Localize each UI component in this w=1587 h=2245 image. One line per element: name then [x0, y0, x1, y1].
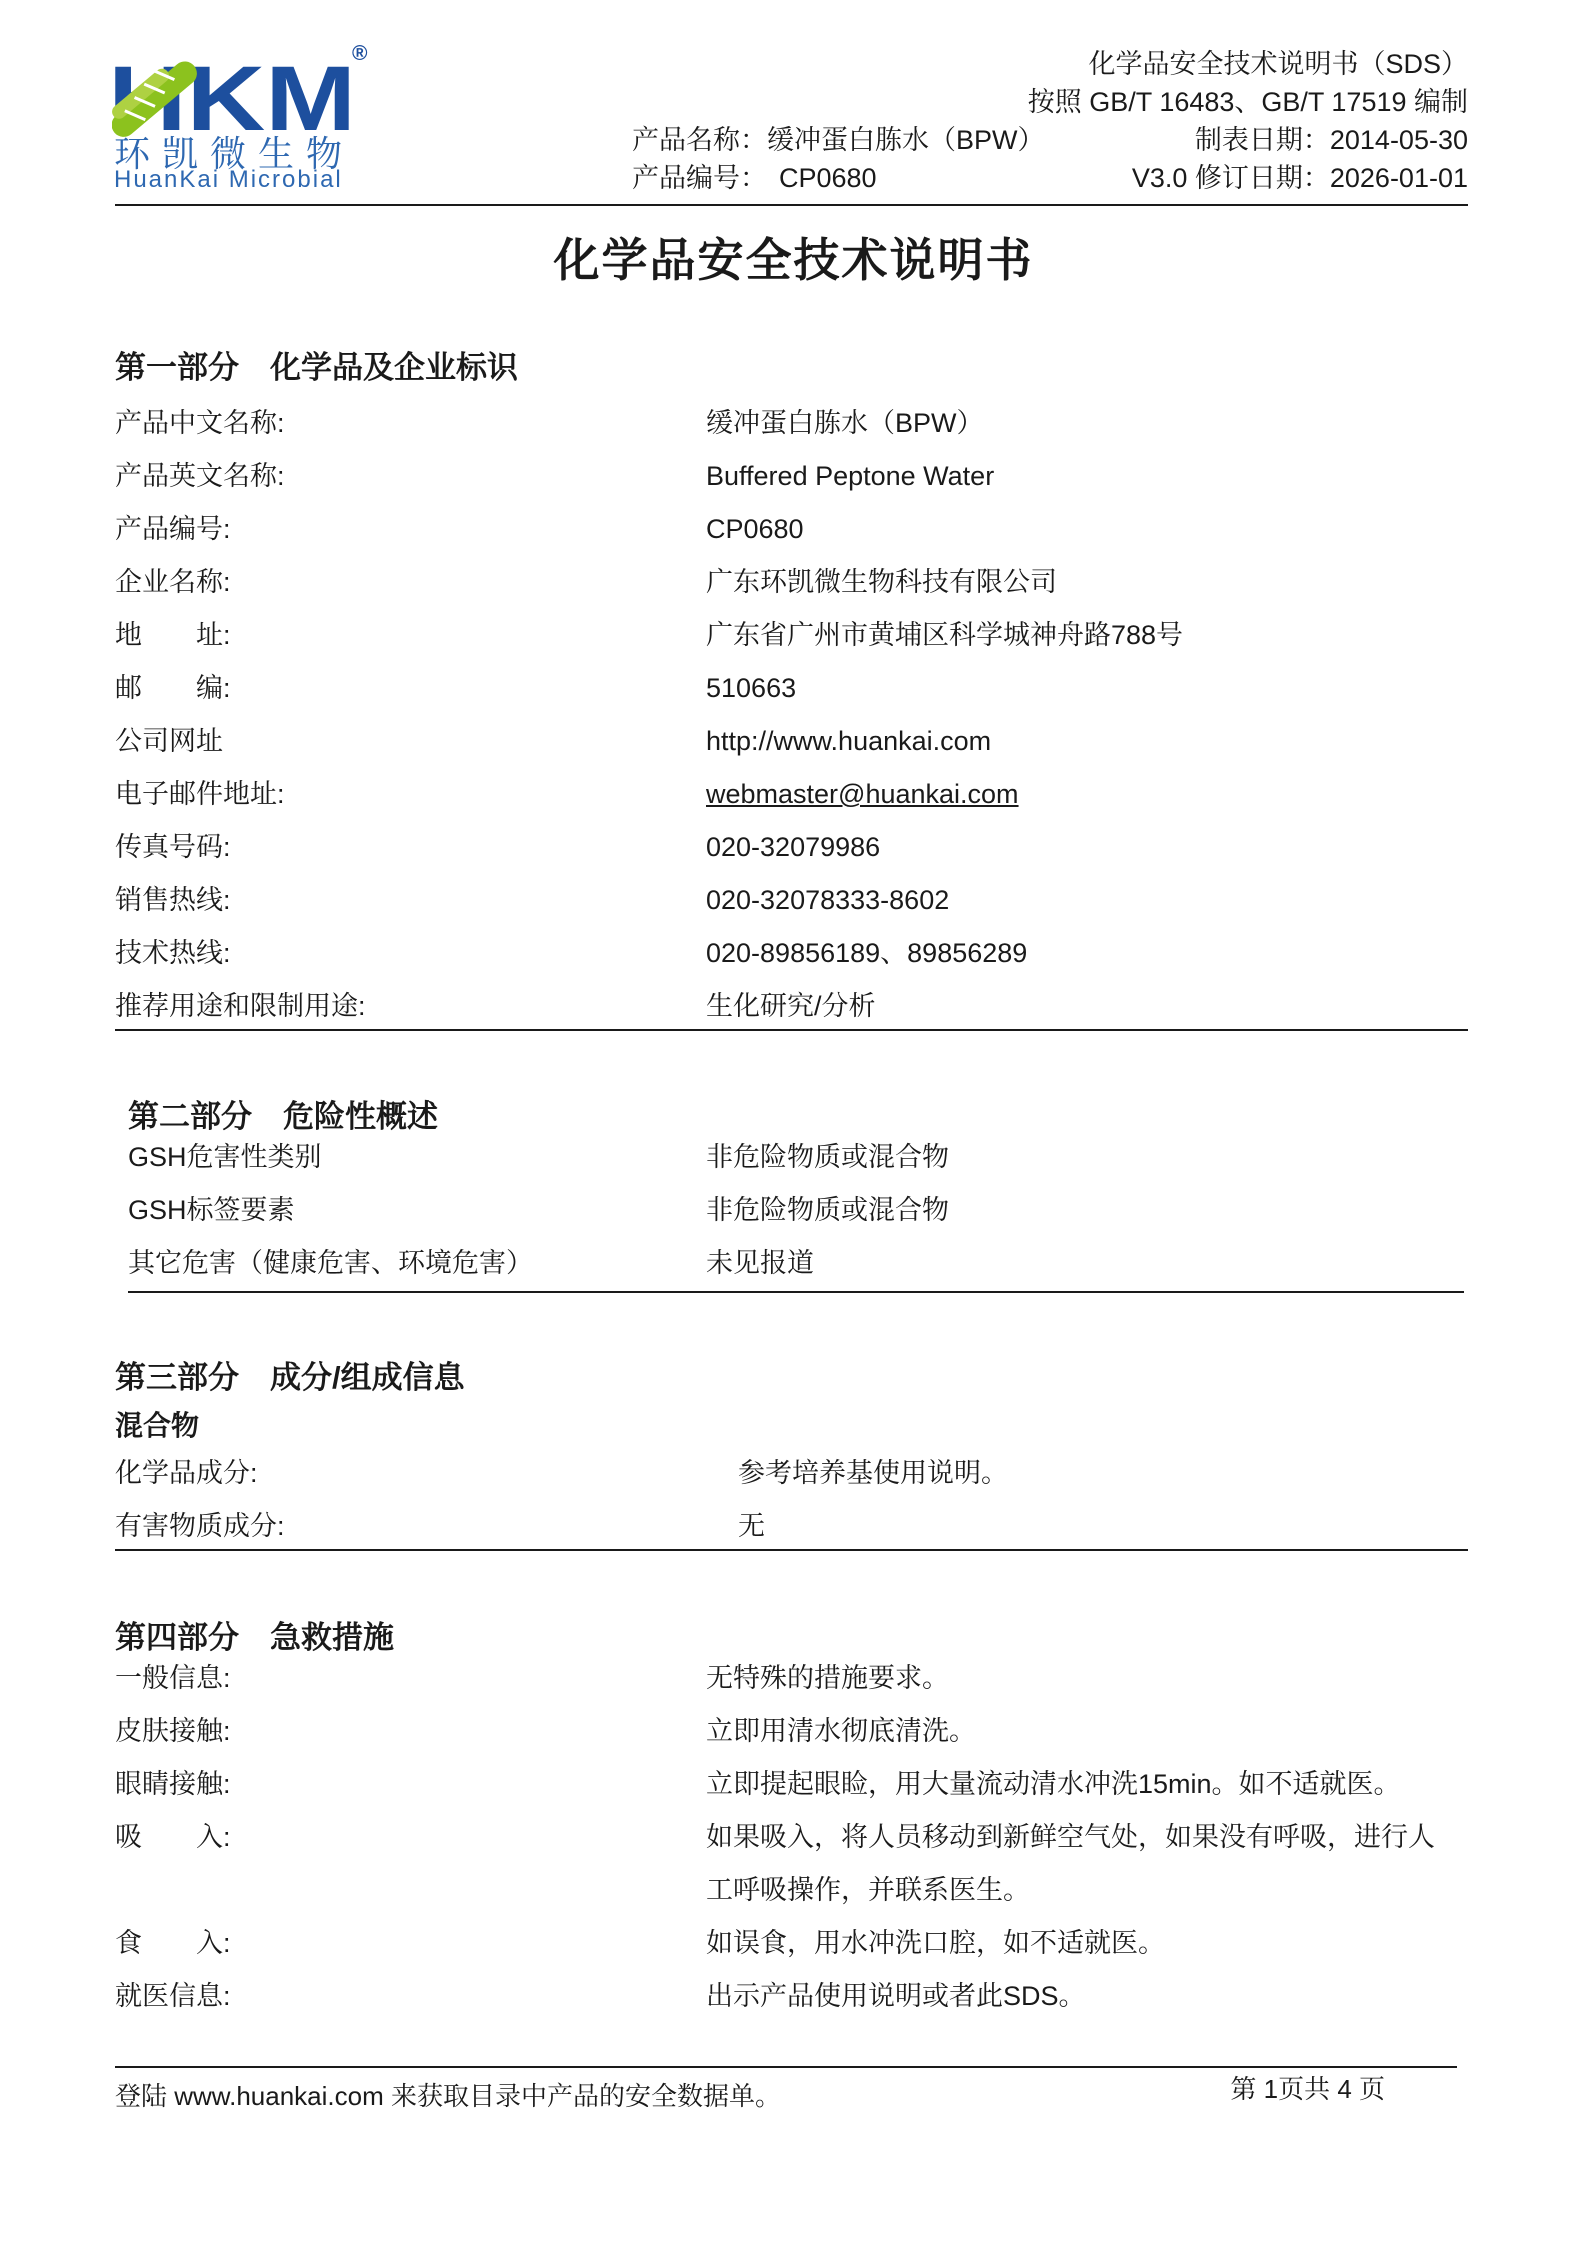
- field-value: 缓冲蛋白胨水（BPW）: [706, 397, 1475, 450]
- field-label: 其它危害（健康危害、环境危害）: [128, 1237, 706, 1290]
- page-title: 化学品安全技术说明书: [0, 224, 1587, 290]
- field-label: 产品英文名称:: [115, 450, 706, 503]
- field-value: 020-32078333-8602: [706, 874, 1475, 927]
- product-name-label: 产品名称：: [632, 125, 767, 155]
- field-row-ingestion: 食 入:如误食，用水冲洗口腔，如不适就医。: [115, 1917, 1475, 1970]
- field-label: GSH危害性类别: [128, 1131, 706, 1184]
- product-name-value: 缓冲蛋白胨水（BPW）: [767, 125, 1045, 155]
- field-row-gsh-label-elements: GSH标签要素非危险物质或混合物: [128, 1184, 1488, 1237]
- field-value: 非危险物质或混合物: [706, 1131, 1488, 1184]
- field-label: GSH标签要素: [128, 1184, 706, 1237]
- section3-subheading-mixture: 混合物: [115, 1404, 199, 1444]
- section1-heading: 第一部分 化学品及企业标识: [115, 342, 518, 387]
- field-value: 参考培养基使用说明。: [738, 1447, 1475, 1500]
- field-label: 就医信息:: [115, 1970, 706, 2023]
- section3-divider: [115, 1549, 1468, 1551]
- field-label: 公司网址: [115, 715, 706, 768]
- field-label: 一般信息:: [115, 1652, 706, 1705]
- field-value: 无: [738, 1500, 1475, 1553]
- field-row-chemical-components: 化学品成分:参考培养基使用说明。: [115, 1447, 1475, 1500]
- field-row-tech-hotline: 技术热线:020-89856189、89856289: [115, 927, 1475, 980]
- header-standards: 按照 GB/T 16483、GB/T 17519 编制: [1028, 80, 1468, 119]
- section2-divider: [128, 1291, 1464, 1293]
- field-row-skin-contact: 皮肤接触:立即用清水彻底清洗。: [115, 1705, 1475, 1758]
- header-divider: [115, 204, 1468, 206]
- section4-rows: 一般信息:无特殊的措施要求。 皮肤接触:立即用清水彻底清洗。 眼睛接触:立即提起…: [115, 1652, 1475, 2023]
- field-label: 化学品成分:: [115, 1447, 738, 1500]
- registered-trademark-icon: ®: [352, 42, 367, 66]
- field-row-website: 公司网址http://www.huankai.com: [115, 715, 1475, 768]
- field-row-product-cn-name: 产品中文名称:缓冲蛋白胨水（BPW）: [115, 397, 1475, 450]
- field-row-fax: 传真号码:020-32079986: [115, 821, 1475, 874]
- field-row-inhalation: 吸 入:如果吸入，将人员移动到新鲜空气处，如果没有呼吸，进行人 工呼吸操作，并联…: [115, 1811, 1475, 1917]
- field-value: 无特殊的措施要求。: [706, 1652, 1475, 1705]
- field-row-gsh-hazard-class: GSH危害性类别非危险物质或混合物: [128, 1131, 1488, 1184]
- section4-heading: 第四部分 急救措施: [115, 1612, 394, 1657]
- field-row-address: 地 址:广东省广州市黄埔区科学城神舟路788号: [115, 609, 1475, 662]
- field-label: 邮 编:: [115, 662, 706, 715]
- field-label: 销售热线:: [115, 874, 706, 927]
- field-label: 吸 入:: [115, 1811, 706, 1864]
- field-label: 产品中文名称:: [115, 397, 706, 450]
- page-number: 第 1页共 4 页: [1230, 2069, 1385, 2106]
- footer-note: 登陆 www.huankai.com 来获取目录中产品的安全数据单。: [115, 2076, 781, 2113]
- section3-rows: 化学品成分:参考培养基使用说明。 有害物质成分:无: [115, 1447, 1475, 1553]
- field-value: Buffered Peptone Water: [706, 450, 1475, 503]
- field-value: CP0680: [706, 503, 1475, 556]
- field-value: http://www.huankai.com: [706, 715, 1475, 768]
- field-label: 地 址:: [115, 609, 706, 662]
- field-value: 广东省广州市黄埔区科学城神舟路788号: [706, 609, 1475, 662]
- created-date-value: 2014-05-30: [1330, 125, 1468, 155]
- field-value: 如误食，用水冲洗口腔，如不适就医。: [706, 1917, 1475, 1970]
- field-row-product-code: 产品编号:CP0680: [115, 503, 1475, 556]
- section2-rows: GSH危害性类别非危险物质或混合物 GSH标签要素非危险物质或混合物 其它危害（…: [128, 1131, 1488, 1290]
- section1-divider: [115, 1029, 1468, 1031]
- field-label: 产品编号:: [115, 503, 706, 556]
- created-date-label: 制表日期：: [1195, 125, 1330, 155]
- field-label: 食 入:: [115, 1917, 706, 1970]
- field-value: 非危险物质或混合物: [706, 1184, 1488, 1237]
- field-label: 推荐用途和限制用途:: [115, 980, 706, 1033]
- product-code-value: CP0680: [779, 163, 877, 193]
- field-row-general-info: 一般信息:无特殊的措施要求。: [115, 1652, 1475, 1705]
- section3-heading: 第三部分 成分/组成信息: [115, 1352, 465, 1397]
- header-product-name: 产品名称：缓冲蛋白胨水（BPW）: [632, 118, 1045, 157]
- field-value: 020-89856189、89856289: [706, 927, 1475, 980]
- field-value: 广东环凯微生物科技有限公司: [706, 556, 1475, 609]
- field-value: 立即提起眼睑，用大量流动清水冲洗15min。如不适就医。: [706, 1758, 1475, 1811]
- field-row-recommended-use: 推荐用途和限制用途:生化研究/分析: [115, 980, 1475, 1033]
- header-revision-date: V3.0 修订日期：2026-01-01: [1132, 156, 1468, 195]
- field-label: 企业名称:: [115, 556, 706, 609]
- field-row-email: 电子邮件地址:webmaster@huankai.com: [115, 768, 1475, 821]
- product-code-label: 产品编号：: [632, 163, 767, 193]
- field-value: 未见报道: [706, 1237, 1488, 1290]
- field-label: 传真号码:: [115, 821, 706, 874]
- field-row-zip-code: 邮 编:510663: [115, 662, 1475, 715]
- footer-divider: [115, 2066, 1457, 2068]
- email-link[interactable]: webmaster@huankai.com: [706, 768, 1475, 821]
- field-row-eye-contact: 眼睛接触:立即提起眼睑，用大量流动清水冲洗15min。如不适就医。: [115, 1758, 1475, 1811]
- section1-rows: 产品中文名称:缓冲蛋白胨水（BPW） 产品英文名称:Buffered Pepto…: [115, 397, 1475, 1033]
- field-value: 立即用清水彻底清洗。: [706, 1705, 1475, 1758]
- revision-date-value: 2026-01-01: [1330, 163, 1468, 193]
- header-product-code: 产品编号：CP0680: [632, 156, 877, 195]
- field-value: 出示产品使用说明或者此SDS。: [706, 1970, 1475, 2023]
- header-doc-type: 化学品安全技术说明书（SDS）: [1088, 42, 1468, 81]
- logo-company-name-en: HuanKai Microbial: [114, 166, 343, 194]
- field-row-product-en-name: 产品英文名称:Buffered Peptone Water: [115, 450, 1475, 503]
- field-row-sales-hotline: 销售热线:020-32078333-8602: [115, 874, 1475, 927]
- field-label: 皮肤接触:: [115, 1705, 706, 1758]
- section2-heading: 第二部分 危险性概述: [128, 1091, 438, 1136]
- field-row-other-hazards: 其它危害（健康危害、环境危害）未见报道: [128, 1237, 1488, 1290]
- field-value: 020-32079986: [706, 821, 1475, 874]
- header-created-date: 制表日期：2014-05-30: [1195, 118, 1468, 157]
- field-row-medical-info: 就医信息:出示产品使用说明或者此SDS。: [115, 1970, 1475, 2023]
- revision-date-label: V3.0 修订日期：: [1132, 163, 1330, 193]
- field-label: 技术热线:: [115, 927, 706, 980]
- field-label: 电子邮件地址:: [115, 768, 706, 821]
- field-value: 510663: [706, 662, 1475, 715]
- field-row-company-name: 企业名称:广东环凯微生物科技有限公司: [115, 556, 1475, 609]
- field-label: 有害物质成分:: [115, 1500, 738, 1553]
- field-label: 眼睛接触:: [115, 1758, 706, 1811]
- field-value: 如果吸入，将人员移动到新鲜空气处，如果没有呼吸，进行人 工呼吸操作，并联系医生。: [706, 1811, 1475, 1917]
- field-row-hazardous-components: 有害物质成分:无: [115, 1500, 1475, 1553]
- sds-document-page: HKM ® 环凯微生物 HuanKai Microbial 化学品安全技术说明书…: [0, 0, 1587, 2245]
- field-value: 生化研究/分析: [706, 980, 1475, 1033]
